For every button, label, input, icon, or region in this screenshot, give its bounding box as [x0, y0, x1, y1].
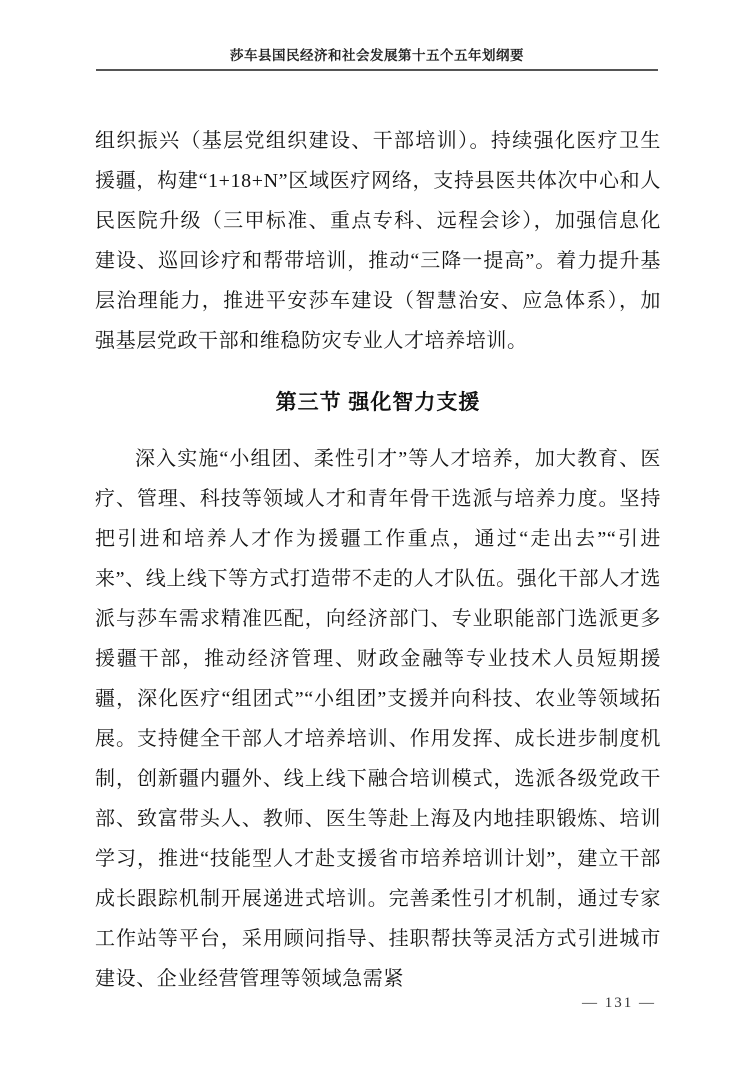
page-header: 莎车县国民经济和社会发展第十五个五年划纲要	[96, 0, 658, 71]
body-paragraph-continued: 组织振兴（基层党组织建设、干部培训）。持续强化医疗卫生援疆，构建“1+18+N”…	[95, 121, 661, 361]
section-heading: 第三节 强化智力支援	[95, 386, 661, 416]
running-head-title: 莎车县国民经济和社会发展第十五个五年划纲要	[96, 0, 658, 64]
page-body: 组织振兴（基层党组织建设、干部培训）。持续强化医疗卫生援疆，构建“1+18+N”…	[95, 121, 661, 999]
page-number: — 131 —	[582, 995, 656, 1012]
document-page: 莎车县国民经济和社会发展第十五个五年划纲要 组织振兴（基层党组织建设、干部培训）…	[0, 0, 753, 1066]
body-paragraph: 深入实施“小组团、柔性引才”等人才培养，加大教育、医疗、管理、科技等领域人才和青…	[95, 439, 661, 999]
header-divider	[96, 69, 658, 71]
